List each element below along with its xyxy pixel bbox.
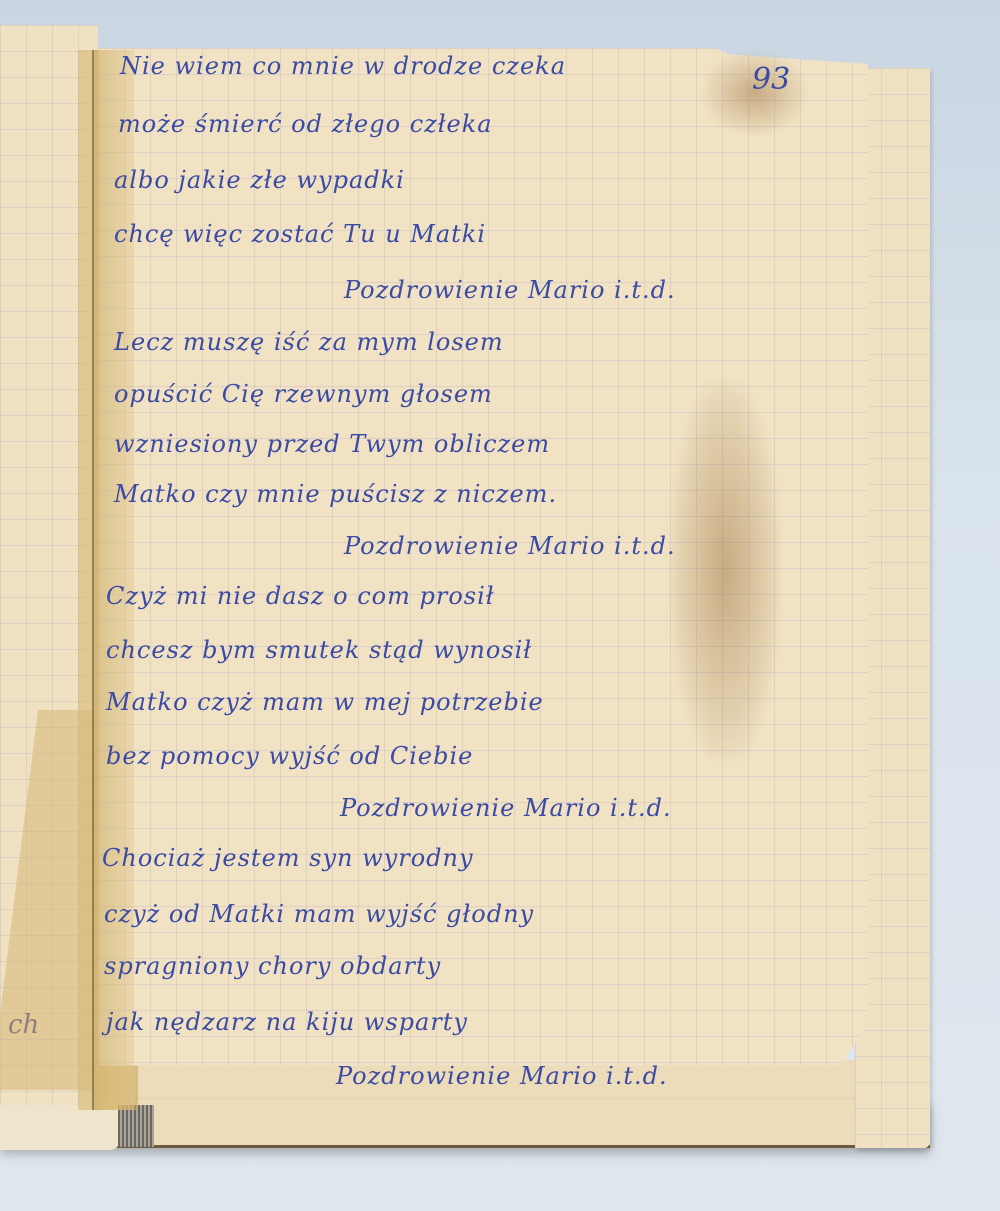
verse-line: bez pomocy wyjść od Ciebie bbox=[106, 742, 473, 770]
binding-tape bbox=[92, 50, 134, 1110]
verse-line: albo jakie złe wypadki bbox=[114, 166, 405, 194]
verse-line: Lecz muszę iść za mym losem bbox=[114, 328, 504, 356]
verse-line: Czyż mi nie dasz o com prosił bbox=[106, 582, 495, 610]
verse-line: wzniesiony przed Twym obliczem bbox=[114, 430, 550, 458]
water-stain bbox=[670, 380, 780, 760]
page-number: 93 bbox=[752, 62, 790, 97]
verse-line: opuścić Cię rzewnym głosem bbox=[114, 380, 493, 408]
verse-line: Nie wiem co mnie w drodze czeka bbox=[120, 52, 566, 80]
refrain-line: Pozdrowienie Mario i.t.d. bbox=[336, 1062, 668, 1090]
refrain-line: Pozdrowienie Mario i.t.d. bbox=[344, 276, 676, 304]
verse-line: spragniony chory obdarty bbox=[104, 952, 441, 980]
refrain-line: Pozdrowienie Mario i.t.d. bbox=[340, 794, 672, 822]
binding-threads bbox=[118, 1105, 154, 1147]
refrain-line: Pozdrowienie Mario i.t.d. bbox=[344, 532, 676, 560]
verse-line: chcesz bym smutek stąd wynosił bbox=[106, 636, 532, 664]
verse-line: Matko czy mnie puścisz z niczem. bbox=[114, 480, 557, 508]
verse-line: chcę więc zostać Tu u Matki bbox=[114, 220, 486, 248]
verse-line: czyż od Matki mam wyjść głodny bbox=[104, 900, 534, 928]
verse-line: Chociaż jestem syn wyrodny bbox=[102, 844, 474, 872]
verse-line: Matko czyż mam w mej potrzebie bbox=[106, 688, 544, 716]
verse-line: jak nędzarz na kiju wsparty bbox=[106, 1008, 468, 1036]
verse-line: może śmierć od złego człeka bbox=[118, 110, 493, 138]
